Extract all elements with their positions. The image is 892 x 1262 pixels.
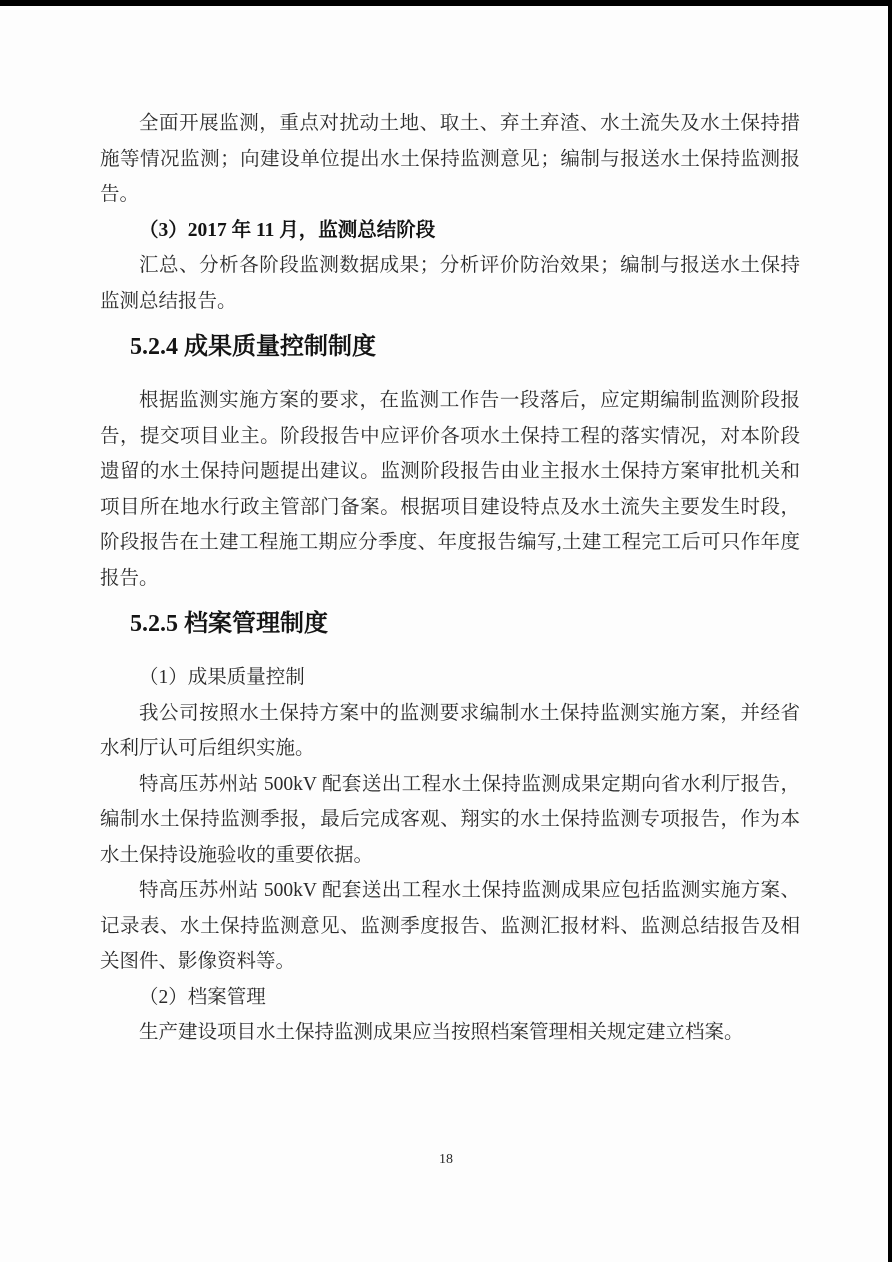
stage3-subheading: （3）2017 年 11 月，监测总结阶段 <box>100 213 800 249</box>
page-footer: 18 <box>0 1150 892 1169</box>
scan-edge-right <box>888 0 892 1262</box>
item2-label: （2）档案管理 <box>100 980 800 1016</box>
paragraph-monitoring-scope: 全面开展监测，重点对扰动土地、取土、弃土弃渣、水土流失及水土保持措施等情况监测；… <box>100 106 800 213</box>
paragraph-item1-deliverables: 特高压苏州站 500kV 配套送出工程水土保持监测成果应包括监测实施方案、记录表… <box>100 873 800 980</box>
document-body: 全面开展监测，重点对扰动土地、取土、弃土弃渣、水土流失及水土保持措施等情况监测；… <box>100 106 800 1051</box>
paragraph-item1-implementation: 我公司按照水土保持方案中的监测要求编制水土保持监测实施方案，并经省水利厅认可后组… <box>100 696 800 767</box>
paragraph-5-2-4-quality-control: 根据监测实施方案的要求，在监测工作告一段落后，应定期编制监测阶段报告，提交项目业… <box>100 383 800 596</box>
section-heading-5-2-5: 5.2.5 档案管理制度 <box>130 606 800 642</box>
paragraph-item2-archive: 生产建设项目水土保持监测成果应当按照档案管理相关规定建立档案。 <box>100 1015 800 1051</box>
document-page: 全面开展监测，重点对扰动土地、取土、弃土弃渣、水土流失及水土保持措施等情况监测；… <box>0 0 892 1262</box>
page-number: 18 <box>439 1152 453 1167</box>
scan-edge-top <box>0 0 892 6</box>
section-heading-5-2-4: 5.2.4 成果质量控制制度 <box>130 329 800 365</box>
item1-label: （1）成果质量控制 <box>100 660 800 696</box>
paragraph-stage3-summary: 汇总、分析各阶段监测数据成果；分析评价防治效果；编制与报送水土保持监测总结报告。 <box>100 248 800 319</box>
paragraph-item1-reporting: 特高压苏州站 500kV 配套送出工程水土保持监测成果定期向省水利厅报告，编制水… <box>100 767 800 874</box>
